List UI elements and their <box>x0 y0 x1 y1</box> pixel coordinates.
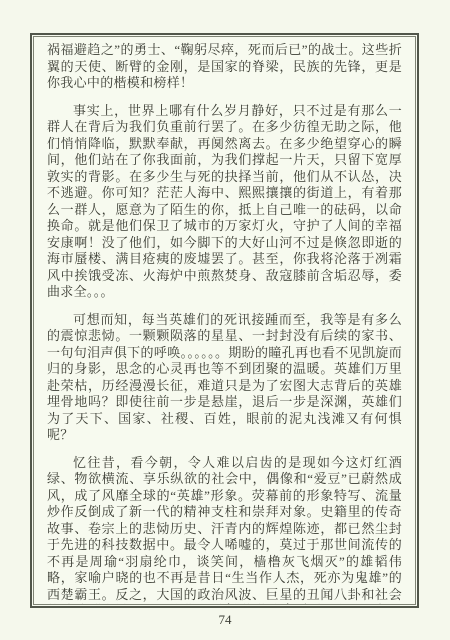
paragraph: 可想而知，每当英雄们的死讯接踵而至，我等是有多么的震惊悲恸。一颗颗陨落的星星、一… <box>47 312 402 444</box>
page-border-frame: 祸福避趋之”的勇士、“鞠躬尽瘁，死而后已”的战士。这些折翼的天使、断臂的金刚，是… <box>30 33 419 608</box>
paragraph-continuation: 祸福避趋之”的勇士、“鞠躬尽瘁，死而后已”的战士。这些折翼的天使、断臂的金刚，是… <box>47 42 402 92</box>
document-text: 祸福避趋之”的勇士、“鞠躬尽瘁，死而后已”的战士。这些折翼的天使、断臂的金刚，是… <box>34 37 415 604</box>
book-page: 祸福避趋之”的勇士、“鞠躬尽瘁，死而后已”的战士。这些折翼的天使、断臂的金刚，是… <box>0 0 450 640</box>
page-number: 74 <box>0 611 450 629</box>
paragraph: 事实上，世界上哪有什么岁月静好，只不过是有那么一群人在背后为我们负重前行罢了。在… <box>47 103 402 301</box>
paragraph: 忆往昔，看今朝，令人难以启齿的是现如今这灯红酒绿、物欲横流、享乐纵欲的社会中，偶… <box>47 455 402 605</box>
page-inner-rule: 祸福避趋之”的勇士、“鞠躬尽瘁，死而后已”的战士。这些折翼的天使、断臂的金刚，是… <box>33 36 416 605</box>
